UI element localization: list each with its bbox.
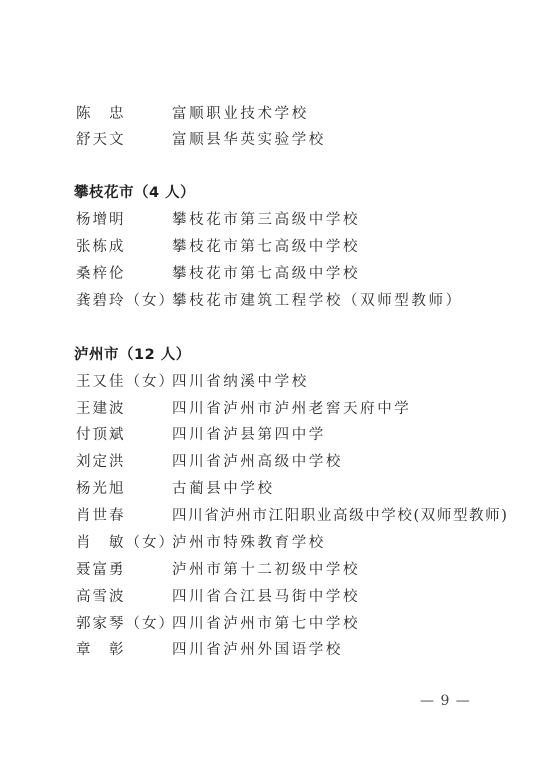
school-name: 四川省纳溪中学校 bbox=[172, 372, 309, 392]
school-name: 四川省泸州市泸州老窖天府中学 bbox=[172, 399, 411, 419]
section-heading-panzhihua: 攀枝花市（4 人） bbox=[74, 183, 195, 203]
teacher-name: 龚碧玲（女） bbox=[76, 291, 175, 311]
school-name: 古蔺县中学校 bbox=[172, 479, 275, 499]
teacher-name: 桑梓伦 bbox=[76, 264, 126, 284]
section-heading-luzhou: 泸州市（12 人） bbox=[74, 345, 191, 365]
school-name: 四川省泸县第四中学 bbox=[172, 425, 326, 445]
school-name: 攀枝花市第七高级中学校 bbox=[172, 264, 360, 284]
school-name: 泸州市第十二初级中学校 bbox=[172, 560, 360, 580]
teacher-name: 王建波 bbox=[76, 399, 126, 419]
teacher-name: 郭家琴（女） bbox=[76, 614, 175, 634]
teacher-name: 肖世春 bbox=[76, 506, 126, 526]
school-name: 攀枝花市第七高级中学校 bbox=[172, 237, 360, 257]
teacher-name: 杨增明 bbox=[76, 210, 126, 230]
teacher-name: 舒天文 bbox=[76, 130, 126, 150]
school-name: 泸州市特殊教育学校 bbox=[172, 533, 326, 553]
teacher-name: 王又佳（女） bbox=[76, 372, 175, 392]
page-number: — 9 — bbox=[420, 693, 471, 709]
teacher-name: 刘定洪 bbox=[76, 452, 126, 472]
teacher-name: 章 彰 bbox=[76, 640, 126, 660]
teacher-name: 付顶斌 bbox=[76, 425, 126, 445]
school-name: 攀枝花市建筑工程学校（双师型教师） bbox=[172, 291, 463, 311]
teacher-name: 高雪波 bbox=[76, 587, 126, 607]
document-page: 陈 忠 富顺职业技术学校 舒天文 富顺县华英实验学校 攀枝花市（4 人） 杨增明… bbox=[0, 0, 550, 778]
teacher-name: 陈 忠 bbox=[76, 104, 126, 124]
school-name: 攀枝花市第三高级中学校 bbox=[172, 210, 360, 230]
school-name: 富顺县华英实验学校 bbox=[172, 130, 326, 150]
school-name: 富顺职业技术学校 bbox=[172, 104, 309, 124]
teacher-name: 聂富勇 bbox=[76, 560, 126, 580]
teacher-name: 杨光旭 bbox=[76, 479, 126, 499]
school-name: 四川省泸州高级中学校 bbox=[172, 452, 343, 472]
school-name: 四川省合江县马街中学校 bbox=[172, 587, 360, 607]
teacher-name: 张栋成 bbox=[76, 237, 126, 257]
school-name: 四川省泸州市江阳职业高级中学校(双师型教师) bbox=[172, 506, 509, 526]
school-name: 四川省泸州外国语学校 bbox=[172, 640, 343, 660]
teacher-name: 肖 敏（女） bbox=[76, 533, 175, 553]
school-name: 四川省泸州市第七中学校 bbox=[172, 614, 360, 634]
